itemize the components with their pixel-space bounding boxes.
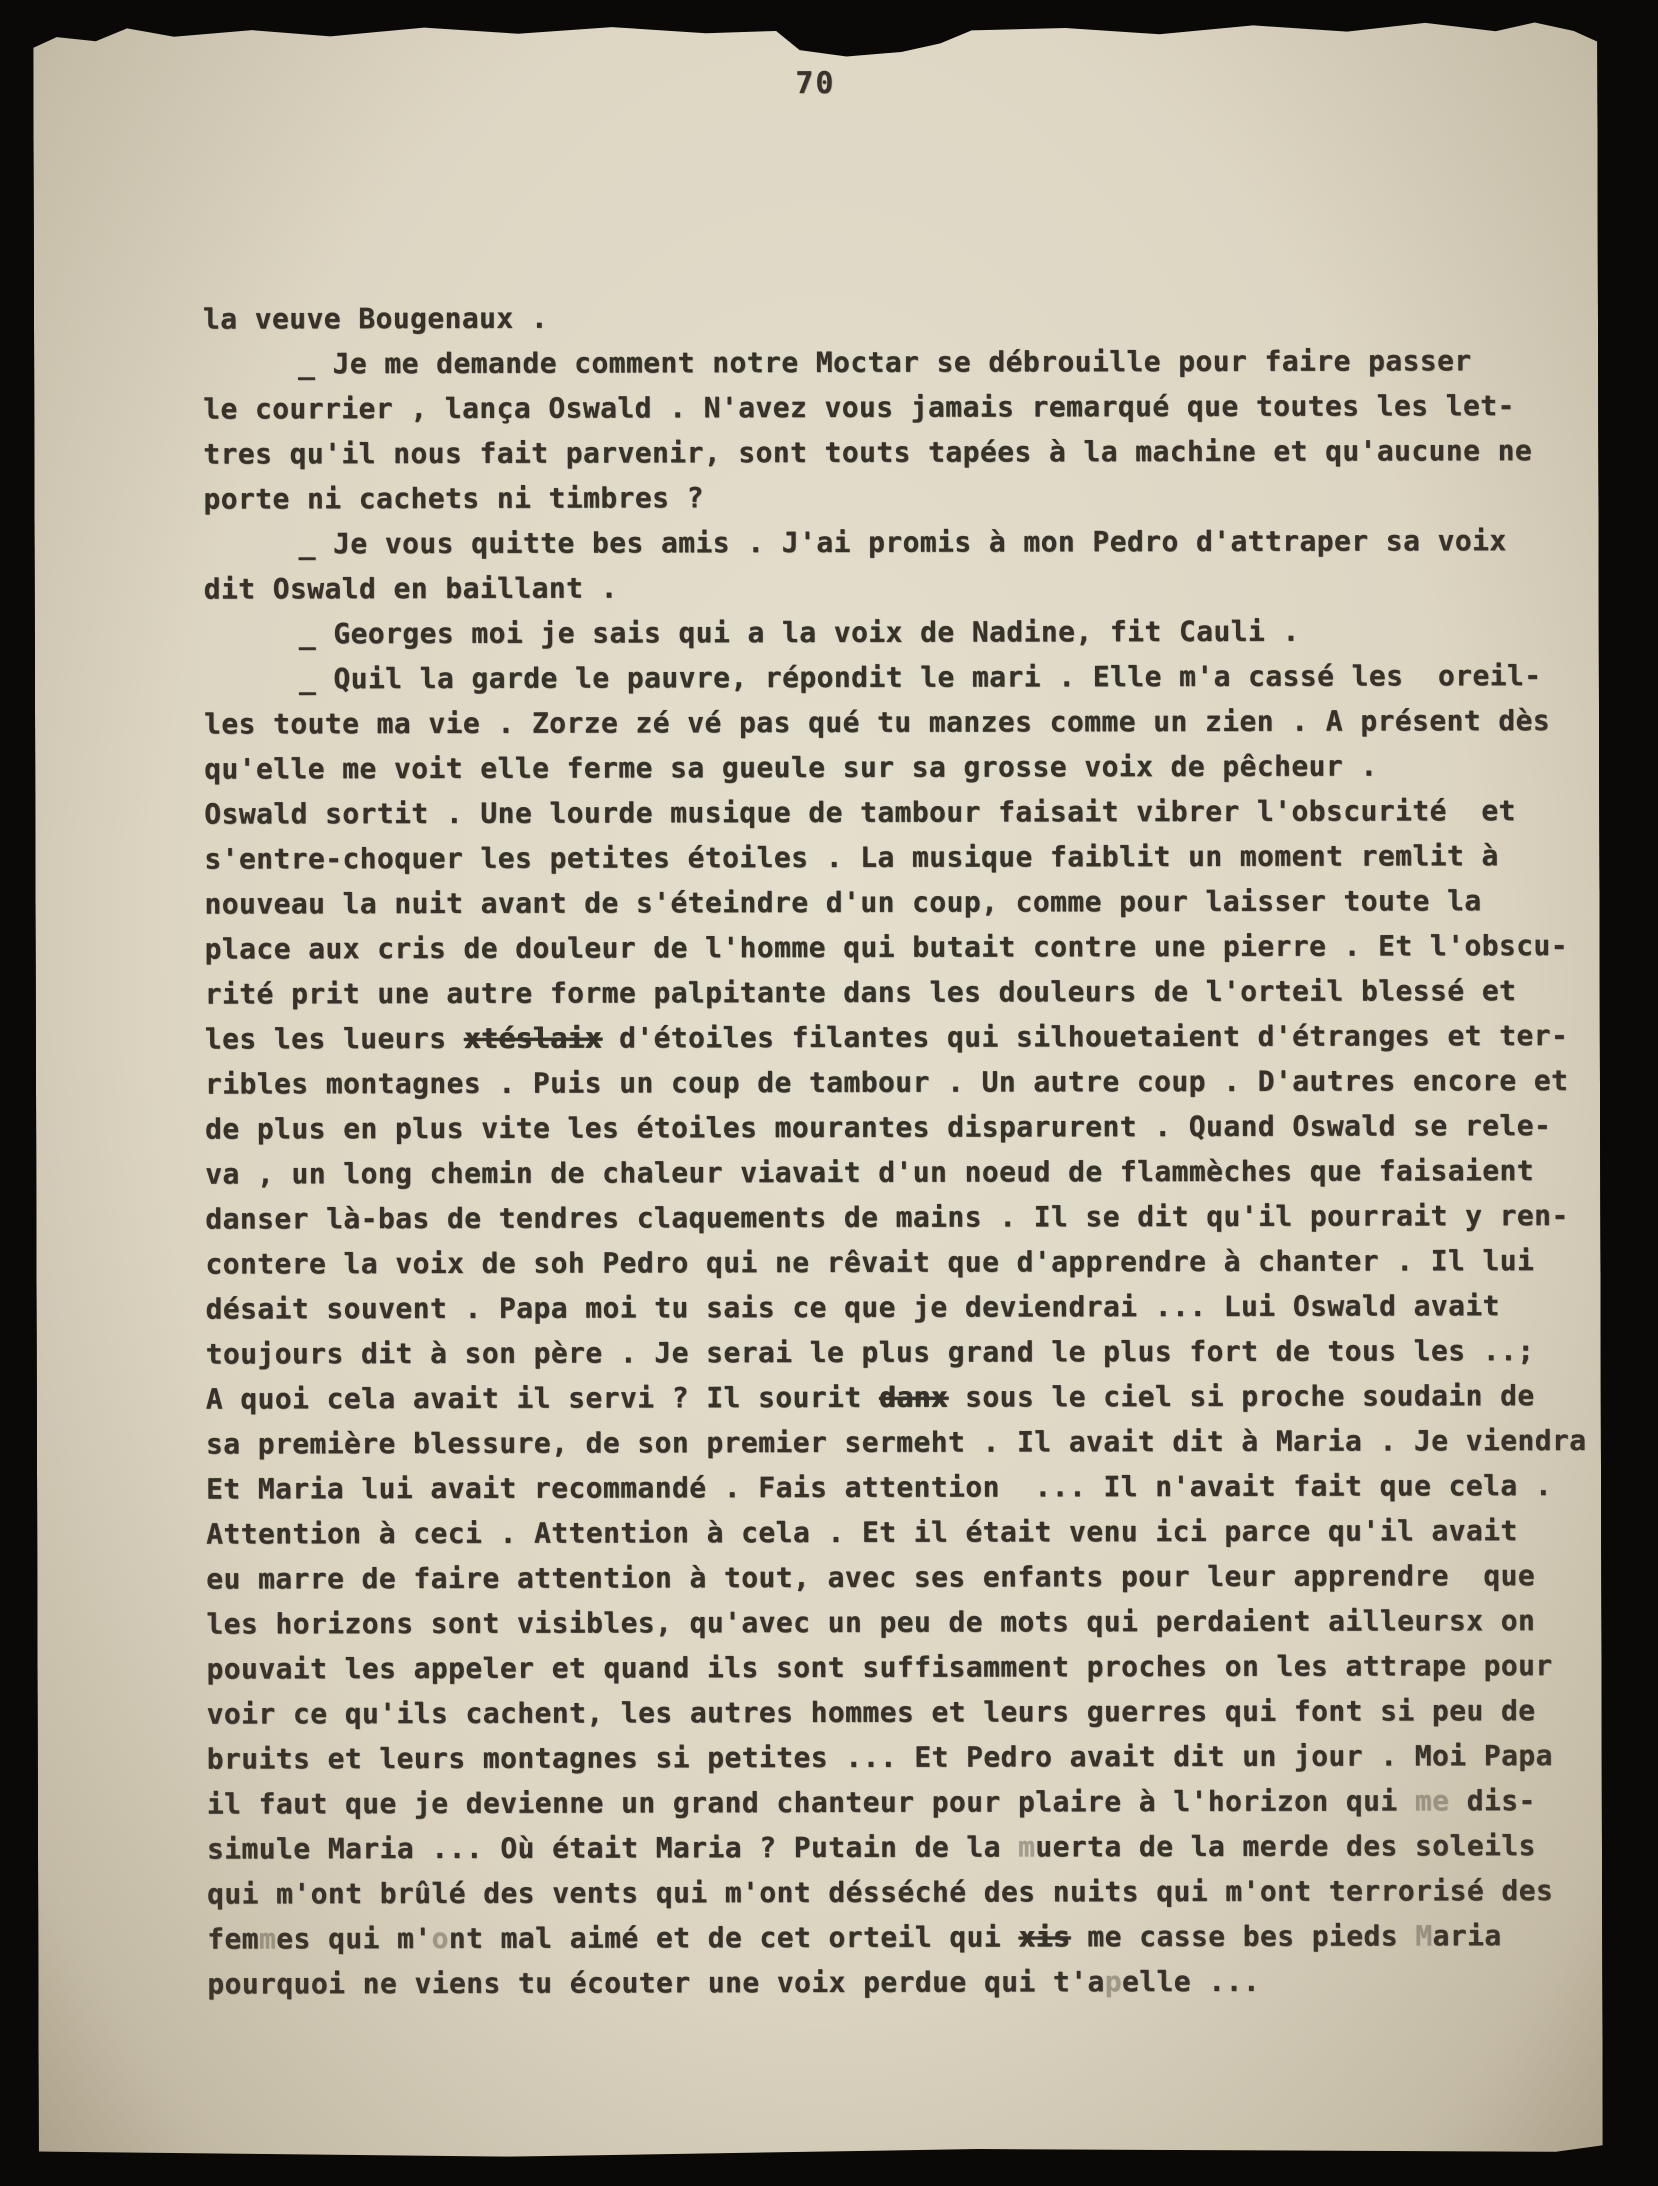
text-line: danser là-bas de tendres claquements de …: [205, 1193, 1595, 1242]
text-segment: tres qu'il nous fait parvenir, sont tout…: [203, 434, 1532, 470]
text-line: de plus en plus vite les étoiles mourant…: [205, 1103, 1595, 1152]
text-segment: le courrier , lança Oswald . N'avez vous…: [203, 389, 1515, 425]
text-line: place aux cris de douleur de l'homme qui…: [205, 923, 1595, 972]
text-segment: danser là-bas de tendres claquements de …: [205, 1199, 1568, 1236]
text-line: qui m'ont brûlé des vents qui m'ont déss…: [207, 1868, 1597, 1917]
text-segment: la veuve Bougenaux .: [203, 302, 548, 336]
text-segment: es qui m': [276, 1922, 431, 1955]
text-segment: _ Je vous quitte bes amis . J'ai promis …: [299, 524, 1507, 560]
text-segment: dis-: [1449, 1784, 1535, 1817]
text-segment: pourquoi ne viens tu écouter une voix pe…: [207, 1965, 1104, 2000]
text-line: qu'elle me voit elle ferme sa gueule sur…: [204, 743, 1594, 792]
text-line: voir ce qu'ils cachent, les autres homme…: [207, 1688, 1597, 1737]
text-segment: désait souvent . Papa moi tu sais ce que…: [206, 1289, 1500, 1325]
text-line: contere la voix de soh Pedro qui ne rêva…: [205, 1238, 1595, 1287]
text-line: tres qu'il nous fait parvenir, sont tout…: [203, 428, 1593, 477]
text-segment: qui m'ont brûlé des vents qui m'ont déss…: [207, 1874, 1553, 1911]
text-line: les horizons sont visibles, qu'avec un p…: [206, 1598, 1596, 1647]
text-line: pourquoi ne viens tu écouter une voix pe…: [207, 1958, 1597, 2007]
text-segment: sous le ciel si proche soudain de: [948, 1379, 1535, 1414]
text-segment: ribles montagnes . Puis un coup de tambo…: [205, 1064, 1568, 1101]
text-segment: il faut que je devienne un grand chanteu…: [207, 1784, 1415, 1820]
text-segment: les les lueurs: [205, 1022, 464, 1056]
scanned-page-view: 70 la veuve Bougenaux ._ Je me demande c…: [0, 0, 1658, 2186]
text-line: bruits et leurs montagnes si petites ...…: [207, 1733, 1597, 1782]
text-line: sa première blessure, de son premier ser…: [206, 1418, 1596, 1467]
text-segment: Attention à ceci . Attention à cela . Et…: [206, 1514, 1518, 1550]
text-line: ribles montagnes . Puis un coup de tambo…: [205, 1058, 1595, 1107]
text-segment: porte ni cachets ni timbres ?: [203, 481, 704, 515]
text-segment: simule Maria ... Où était Maria ? Putain…: [207, 1830, 1018, 1865]
faded-text: p: [1105, 1965, 1122, 1998]
text-segment: rité prit une autre forme palpitante dan…: [205, 974, 1517, 1010]
page-number: 70: [33, 64, 1597, 103]
text-line: nouveau la nuit avant de s'éteindre d'un…: [204, 878, 1594, 927]
text-segment: place aux cris de douleur de l'homme qui…: [205, 929, 1568, 966]
overstruck-text: danx: [879, 1381, 948, 1414]
text-line: pouvait les appeler et quand ils sont su…: [206, 1643, 1596, 1692]
text-segment: de plus en plus vite les étoiles mourant…: [205, 1109, 1551, 1146]
text-segment: d'étoiles filantes qui silhouetaient d'é…: [602, 1019, 1569, 1055]
faded-text: m: [259, 1922, 276, 1955]
text-line: va , un long chemin de chaleur viavait d…: [205, 1148, 1595, 1197]
text-segment: s'entre-choquer les petites étoiles . La…: [204, 839, 1498, 875]
text-segment: qu'elle me voit elle ferme sa gueule sur…: [204, 750, 1378, 786]
faded-text: o: [432, 1922, 449, 1955]
document-page: 70 la veuve Bougenaux ._ Je me demande c…: [33, 16, 1603, 2160]
text-line: _ Georges moi je sais qui a la voix de N…: [204, 608, 1594, 657]
text-segment: aria: [1433, 1919, 1502, 1952]
typewritten-text: la veuve Bougenaux ._ Je me demande comm…: [203, 293, 1597, 2007]
text-line: toujours dit à son père . Je serai le pl…: [206, 1328, 1596, 1377]
text-segment: bruits et leurs montagnes si petites ...…: [207, 1739, 1553, 1776]
text-segment: nt mal aimé et de cet orteil qui: [449, 1920, 1019, 1954]
text-line: femmes qui m'ont mal aimé et de cet orte…: [207, 1913, 1597, 1962]
faded-text: me: [1415, 1784, 1450, 1817]
text-line: dit Oswald en baillant .: [204, 563, 1594, 612]
text-line: s'entre-choquer les petites étoiles . La…: [204, 833, 1594, 882]
text-line: _ Je vous quitte bes amis . J'ai promis …: [204, 518, 1594, 567]
text-line: la veuve Bougenaux .: [203, 293, 1593, 342]
text-segment: elle ...: [1122, 1965, 1260, 1998]
text-line: Oswald sortit . Une lourde musique de ta…: [204, 788, 1594, 837]
text-segment: sa première blessure, de son premier ser…: [206, 1424, 1587, 1461]
overstruck-text: xis: [1018, 1920, 1070, 1953]
text-line: rité prit une autre forme palpitante dan…: [205, 968, 1595, 1017]
text-line: il faut que je devienne un grand chanteu…: [207, 1778, 1597, 1827]
text-line: les les lueurs xtéslaix d'étoiles filant…: [205, 1013, 1595, 1062]
text-segment: Oswald sortit . Une lourde musique de ta…: [204, 794, 1516, 830]
text-segment: _ Georges moi je sais qui a la voix de N…: [299, 615, 1300, 651]
text-segment: dit Oswald en baillant .: [204, 572, 618, 606]
faded-text: m: [1018, 1830, 1035, 1863]
text-segment: les horizons sont visibles, qu'avec un p…: [206, 1604, 1535, 1640]
text-segment: _ Quil la garde le pauvre, répondit le m…: [299, 659, 1542, 695]
text-segment: me casse bes pieds: [1070, 1919, 1415, 1953]
text-line: Attention à ceci . Attention à cela . Et…: [206, 1508, 1596, 1557]
faded-text: M: [1415, 1919, 1432, 1952]
text-segment: les toute ma vie . Zorze zé vé pas qué t…: [204, 704, 1550, 741]
text-line: _ Je me demande comment notre Moctar se …: [203, 338, 1593, 387]
text-segment: voir ce qu'ils cachent, les autres homme…: [207, 1694, 1536, 1730]
text-line: A quoi cela avait il servi ? Il sourit d…: [206, 1373, 1596, 1422]
text-line: les toute ma vie . Zorze zé vé pas qué t…: [204, 698, 1594, 747]
text-segment: nouveau la nuit avant de s'éteindre d'un…: [204, 884, 1481, 920]
text-line: désait souvent . Papa moi tu sais ce que…: [206, 1283, 1596, 1332]
text-line: simule Maria ... Où était Maria ? Putain…: [207, 1823, 1597, 1872]
text-segment: _ Je me demande comment notre Moctar se …: [298, 344, 1472, 380]
text-segment: eu marre de faire attention à tout, avec…: [206, 1559, 1535, 1595]
text-line: _ Quil la garde le pauvre, répondit le m…: [204, 653, 1594, 702]
text-segment: uerta de la merde des soleils: [1035, 1829, 1536, 1863]
text-segment: fem: [207, 1922, 259, 1955]
text-segment: va , un long chemin de chaleur viavait d…: [205, 1154, 1534, 1190]
text-segment: A quoi cela avait il servi ? Il sourit: [206, 1381, 879, 1416]
overstruck-text: xtéslaix: [464, 1022, 602, 1055]
text-segment: contere la voix de soh Pedro qui ne rêva…: [205, 1244, 1534, 1280]
text-segment: toujours dit à son père . Je serai le pl…: [206, 1334, 1535, 1370]
text-segment: Et Maria lui avait recommandé . Fais att…: [206, 1469, 1552, 1506]
text-segment: pouvait les appeler et quand ils sont su…: [206, 1649, 1552, 1686]
text-line: le courrier , lança Oswald . N'avez vous…: [203, 383, 1593, 432]
text-line: eu marre de faire attention à tout, avec…: [206, 1553, 1596, 1602]
text-line: porte ni cachets ni timbres ?: [203, 473, 1593, 522]
text-line: Et Maria lui avait recommandé . Fais att…: [206, 1463, 1596, 1512]
